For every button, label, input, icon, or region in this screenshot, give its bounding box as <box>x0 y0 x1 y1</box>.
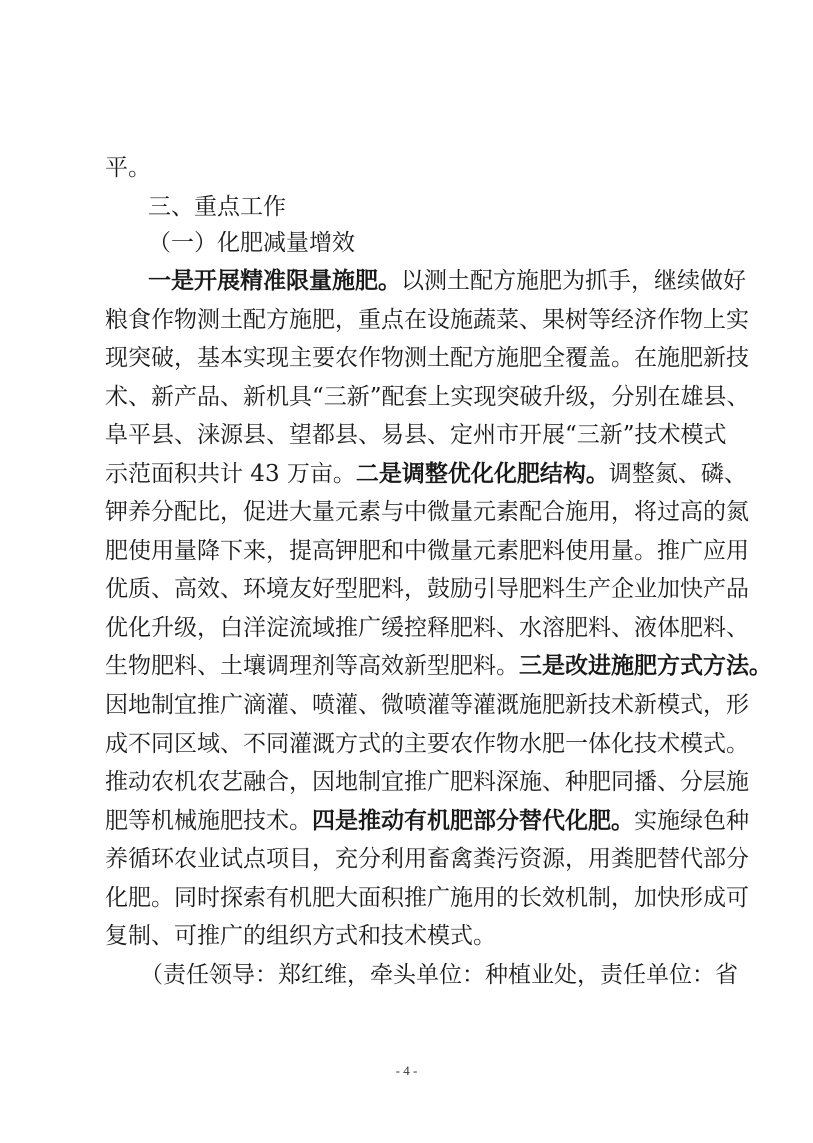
paragraph-line: 复制、可推广的组织方式和技术模式。 <box>105 917 711 955</box>
responsibility-line: （责任领导：郑红维，牵头单位：种植业处，责任单位：省 <box>140 956 711 994</box>
paragraph-line: 钾养分配比，促进大量元素与中微量元素配合施用，将过高的氮 <box>105 493 711 531</box>
paragraph-line: 优化升级，白洋淀流域推广缓控释肥料、水溶肥料、液体肥料、 <box>105 609 711 647</box>
bold-lead-three: 三是改进施肥方式方法。 <box>519 653 772 679</box>
paragraph-line: 示范面积共计 43 万亩。二是调整优化化肥结构。调整氮、磷、 <box>105 455 711 493</box>
line-text: 示范面积共计 43 万亩。 <box>105 461 356 487</box>
paragraph-line: 优质、高效、环境友好型肥料，鼓励引导肥料生产企业加快产品 <box>105 570 711 608</box>
page-number: - 4 - <box>0 1063 813 1079</box>
paragraph-line: 因地制宜推广滴灌、喷灌、微喷灌等灌溉施肥新技术新模式，形 <box>105 686 711 724</box>
bold-lead-two: 二是调整优化化肥结构。 <box>356 461 609 487</box>
paragraph-line: 肥等机械施肥技术。四是推动有机肥部分替代化肥。实施绿色种 <box>105 802 711 840</box>
paragraph-line: 成不同区域、不同灌溉方式的主要农作物水肥一体化技术模式。 <box>105 725 711 763</box>
paragraph-line: 阜平县、涞源县、望都县、易县、定州市开展“三新”技术模式 <box>105 416 711 454</box>
paragraph-line: 粮食作物测土配方施肥，重点在设施蔬菜、果树等经济作物上实 <box>105 301 711 339</box>
line-text: 调整氮、磷、 <box>609 461 747 487</box>
document-page: 平。 三、重点工作 （一）化肥减量增效 一是开展精准限量施肥。以测土配方施肥为抓… <box>0 0 813 1143</box>
line-text: 肥等机械施肥技术。 <box>105 808 312 834</box>
paragraph-line: 一是开展精准限量施肥。以测土配方施肥为抓手，继续做好 <box>148 262 711 300</box>
continuation-text: 平。 <box>105 149 711 187</box>
bold-lead-four: 四是推动有机肥部分替代化肥。 <box>312 808 634 834</box>
line-text: 生物肥料、土壤调理剂等高效新型肥料。 <box>105 653 519 679</box>
section-heading: 三、重点工作 <box>148 188 711 226</box>
paragraph-line: 肥使用量降下来，提高钾肥和中微量元素肥料使用量。推广应用 <box>105 532 711 570</box>
paragraph-line: 推动农机农艺融合，因地制宜推广肥料深施、种肥同播、分层施 <box>105 763 711 801</box>
paragraph-line: 生物肥料、土壤调理剂等高效新型肥料。三是改进施肥方式方法。 <box>105 647 711 685</box>
paragraph-line: 化肥。同时探索有机肥大面积推广施用的长效机制，加快形成可 <box>105 879 711 917</box>
line-text: 实施绿色种 <box>634 808 749 834</box>
line-text: 以测土配方施肥为抓手，继续做好 <box>401 268 746 294</box>
bold-lead-one: 一是开展精准限量施肥。 <box>148 268 401 294</box>
subsection-heading: （一）化肥减量增效 <box>148 224 711 262</box>
paragraph-line: 养循环农业试点项目，充分利用畜禽粪污资源，用粪肥替代部分 <box>105 840 711 878</box>
paragraph-line: 术、新产品、新机具“三新”配套上实现突破升级，分别在雄县、 <box>105 378 711 416</box>
paragraph-line: 现突破，基本实现主要农作物测土配方施肥全覆盖。在施肥新技 <box>105 339 711 377</box>
